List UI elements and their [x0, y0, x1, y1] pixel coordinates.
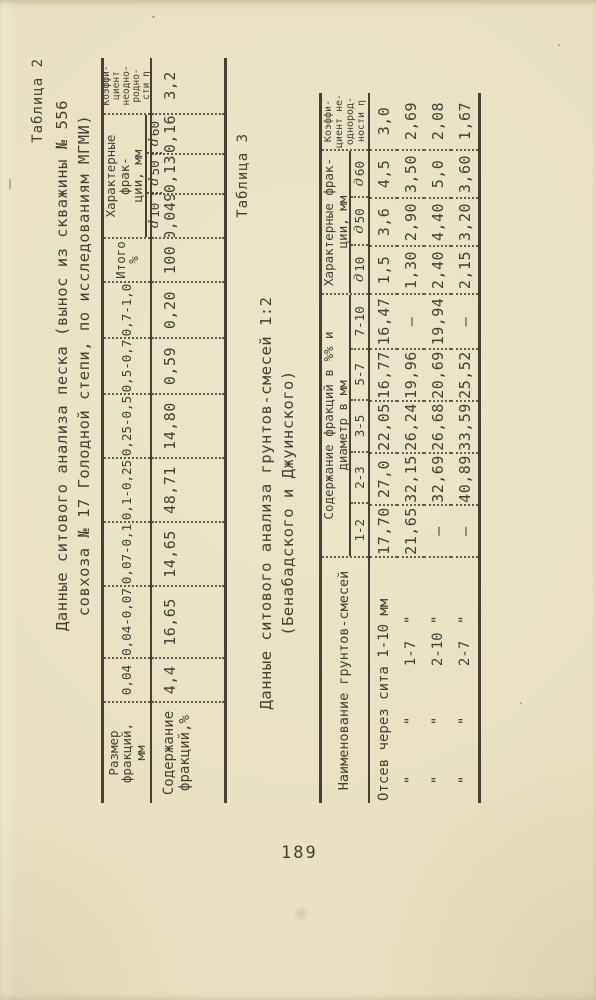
- table3-row-name: Отсев через сита 1-10 мм: [370, 558, 397, 803]
- table2-value-cell: 14,65: [152, 523, 224, 587]
- table3-fraction-header: 2-3: [351, 453, 368, 505]
- table3-coefficient-cell: 2,69: [397, 93, 424, 151]
- table3-caption-line2: (Бенабадского и Джуинского): [277, 203, 299, 803]
- table3-value-cell: 26,68: [424, 402, 451, 454]
- table3-value-cell: –: [451, 295, 478, 350]
- table2-value-cell: 48,71: [152, 459, 224, 523]
- table2-d60-cell: 0,16: [152, 115, 224, 155]
- table3-block: Таблица 3 Данные ситового анализа грунто…: [235, 93, 482, 803]
- table2-total-header: Итого %: [104, 239, 150, 283]
- paper-speck: [152, 16, 155, 18]
- table3-row-name: " " 1-7 ": [397, 558, 424, 803]
- table3-caption: Данные ситового анализа грунтов-смесей 1…: [255, 93, 299, 803]
- table3-value-cell: 27,0: [370, 454, 397, 506]
- table3-value-cell: 19,96: [397, 350, 424, 402]
- table3-data-row: Отсев через сита 1-10 мм 17,70 27,0 22,0…: [370, 93, 397, 803]
- table3-value-cell: 32,69: [424, 454, 451, 506]
- table2-caption-line2: совхоза № 17 Голодной степи, по исследов…: [73, 58, 95, 673]
- table3-content-subheaders: 1-2 2-3 3-5 5-7 7-10: [351, 295, 368, 556]
- table3-value-cell: –: [451, 506, 478, 558]
- table3-d60-cell: 4,5: [370, 151, 397, 199]
- table3-d60-header: д60: [351, 151, 368, 198]
- table2-size-col-header: 0,04-0,07: [104, 587, 150, 659]
- table3-value-cell: 25,52: [451, 350, 478, 402]
- table3-d60-cell: 5,0: [424, 151, 451, 199]
- paper-speck: [558, 44, 560, 46]
- paper-stain: [292, 906, 310, 922]
- table3-fraction-header: 5-7: [351, 350, 368, 402]
- table3-d60-cell: 3,50: [397, 151, 424, 199]
- table2-row-header: Размер фракций, мм: [104, 703, 150, 803]
- table2-data-row: Содержание фракций,% 4,4 16,65 14,65 48,…: [152, 58, 224, 803]
- table3-fraction-header: 1-2: [351, 504, 368, 556]
- page-number: 189: [281, 843, 318, 863]
- table2-data-row-label: Содержание фракций,%: [152, 703, 224, 803]
- table3-value-cell: 20,69: [424, 350, 451, 402]
- table2-value-cell: 0,20: [152, 283, 224, 339]
- d-symbol: д: [352, 274, 367, 282]
- table3-value-cell: 16,47: [370, 295, 397, 350]
- table3-data-row: " " 2-10 " – 32,69 26,68 20,69 19,94 2,4…: [424, 93, 451, 803]
- table3: Наименование грунтов-смесей Содержание ф…: [319, 93, 481, 803]
- table3-value-cell: 17,70: [370, 506, 397, 558]
- table2-value-cell: 0,59: [152, 339, 224, 395]
- table2-d50-cell: 0,13: [152, 155, 224, 195]
- table3-coefficient-header: Коэффи- циент не- однород- ности η: [322, 93, 368, 151]
- table3-data-row: " " 2-7 " – 40,89 33,59 25,52 – 2,15 3,2…: [451, 93, 478, 803]
- table2-header-row: Размер фракций, мм 0,04 0,04-0,07 0,07-0…: [104, 58, 152, 803]
- table2-characteristic-group-title: Характерные фрак- ции, мм: [104, 115, 147, 237]
- table3-value-cell: 21,65: [397, 506, 424, 558]
- table3-caption-line1: Данные ситового анализа грунтов-смесей 1…: [255, 203, 277, 803]
- table3-characteristic-subheaders: д10 д50 д60: [351, 151, 368, 293]
- table3-label: Таблица 3: [235, 93, 251, 803]
- table3-value-cell: 32,15: [397, 454, 424, 506]
- table2-block: Таблица 2 Данные ситового анализа песка …: [30, 58, 230, 803]
- table3-value-cell: 22,05: [370, 402, 397, 454]
- table2-total-cell: 100: [152, 239, 224, 283]
- table3-d50-header: д50: [351, 198, 368, 245]
- table2-d10-cell: 0,049: [152, 195, 224, 239]
- table2-characteristic-group: Характерные фрак- ции, мм d10 d50 d60: [104, 115, 150, 239]
- table3-value-cell: 40,89: [451, 454, 478, 506]
- d-symbol: д: [352, 225, 367, 233]
- paper-speck: [520, 702, 522, 704]
- table3-data-row: " " 1-7 " 21,65 32,15 26,24 19,96 – 1,30…: [397, 93, 424, 803]
- table2-size-col-header: 0,5-0,7: [104, 339, 150, 395]
- d-symbol: д: [352, 178, 367, 186]
- table2-coefficient-header: Коэффи- циент неодно- родно- сти η: [104, 58, 150, 115]
- table3-row-name: " " 2-10 ": [424, 558, 451, 803]
- table2-label: Таблица 2: [30, 58, 46, 803]
- scanned-book-page: Таблица 2 Данные ситового анализа песка …: [0, 0, 596, 1000]
- table3-d10-cell: 1,30: [397, 247, 424, 295]
- paper-speck: [9, 178, 11, 190]
- table3-value-cell: 19,94: [424, 295, 451, 350]
- table3-fraction-header: 7-10: [351, 295, 368, 350]
- table3-d10-cell: 2,40: [424, 247, 451, 295]
- table3-d60-cell: 3,60: [451, 151, 478, 199]
- table2-size-col-header: 0,7-1,0: [104, 283, 150, 339]
- table2-size-col-header: 0,07-0,1: [104, 523, 150, 587]
- table2-caption: Данные ситового анализа песка (вынос из …: [51, 58, 95, 803]
- table2-coefficient-cell: 3,2: [152, 58, 224, 115]
- table3-value-cell: 16,77: [370, 350, 397, 402]
- table3-characteristic-group: Характерные фрак- ции, мм д10 д50 д60: [322, 151, 368, 295]
- table3-content-group-title: Содержание фракций в %% и диаметр в мм: [322, 295, 351, 556]
- table3-fraction-header: 3-5: [351, 401, 368, 453]
- table2-caption-line1: Данные ситового анализа песка (вынос из …: [51, 58, 73, 673]
- table3-d10-cell: 2,15: [451, 247, 478, 295]
- table3-header-row: Наименование грунтов-смесей Содержание ф…: [322, 93, 370, 803]
- table2-value-cell: 4,4: [152, 659, 224, 703]
- table3-d50-cell: 4,40: [424, 199, 451, 247]
- table2-size-col-header: 0,04: [104, 659, 150, 703]
- table3-d10-cell: 1,5: [370, 247, 397, 295]
- table3-d50-cell: 2,90: [397, 199, 424, 247]
- table3-value-cell: 33,59: [451, 402, 478, 454]
- table3-d50-cell: 3,6: [370, 199, 397, 247]
- table2-value-cell: 16,65: [152, 587, 224, 659]
- table3-name-header: Наименование грунтов-смесей: [322, 558, 368, 803]
- table3-coefficient-cell: 2,08: [424, 93, 451, 151]
- table2-value-cell: 14,80: [152, 395, 224, 459]
- table3-row-name: " " 2-7 ": [451, 558, 478, 803]
- table3-value-cell: 26,24: [397, 402, 424, 454]
- table2-size-col-header: 0,25-0,5: [104, 395, 150, 459]
- table3-coefficient-cell: 3,0: [370, 93, 397, 151]
- table3-value-cell: –: [424, 506, 451, 558]
- table2-size-col-header: 0,1-0,25: [104, 459, 150, 523]
- table3-d50-cell: 3,20: [451, 199, 478, 247]
- table3-d10-header: д10: [351, 246, 368, 293]
- table2: Размер фракций, мм 0,04 0,04-0,07 0,07-0…: [101, 58, 227, 803]
- table3-coefficient-cell: 1,67: [451, 93, 478, 151]
- table3-characteristic-group-title: Характерные фрак- ции, мм: [322, 151, 351, 293]
- table3-value-cell: –: [397, 295, 424, 350]
- table3-content-group: Содержание фракций в %% и диаметр в мм 1…: [322, 295, 368, 558]
